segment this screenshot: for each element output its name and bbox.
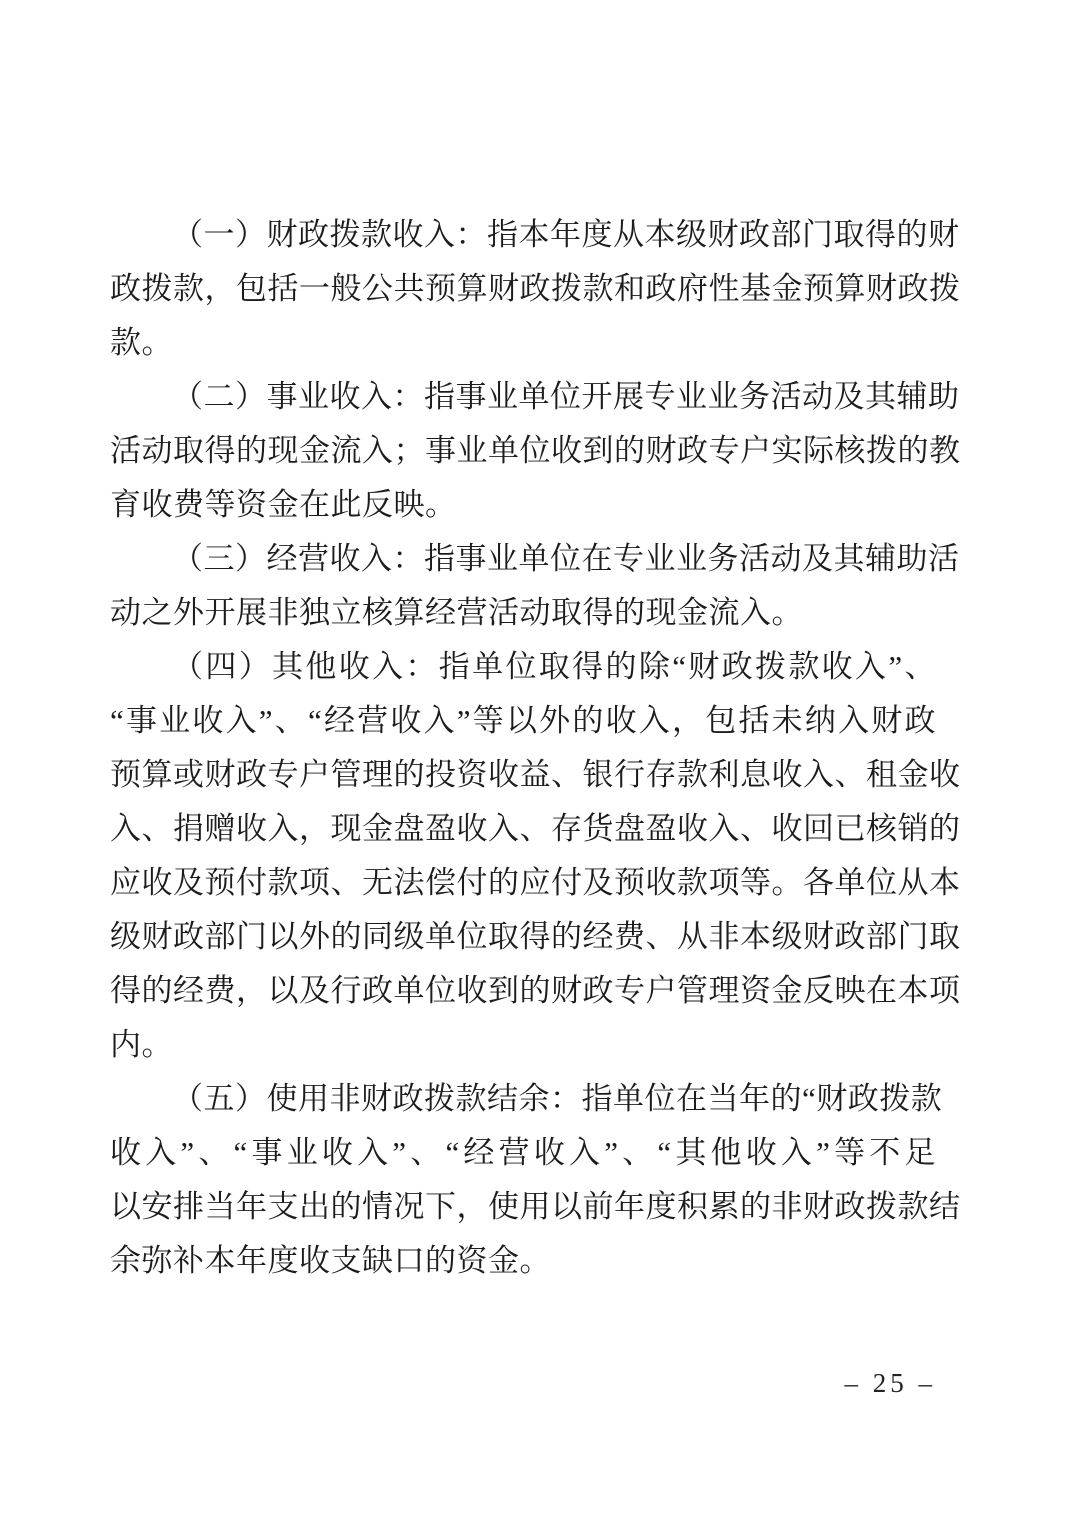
text-line: （二）事业收入：指事业单位开展专业业务活动及其辅助 xyxy=(110,370,936,424)
text-line: （五）使用非财政拨款结余：指单位在当年的“财政拨款 xyxy=(110,1072,936,1126)
document-page: （一）财政拨款收入：指本年度从本级财政部门取得的财 政拨款，包括一般公共预算财政… xyxy=(0,0,1074,1520)
text-line: “事业收入”、“经营收入”等以外的收入，包括未纳入财政 xyxy=(110,694,936,748)
text-line: （三）经营收入：指事业单位在专业业务活动及其辅助活 xyxy=(110,532,936,586)
text-line: 得的经费，以及行政单位收到的财政专户管理资金反映在本项 xyxy=(110,964,936,1018)
document-text-block: （一）财政拨款收入：指本年度从本级财政部门取得的财 政拨款，包括一般公共预算财政… xyxy=(110,208,936,1288)
paragraph-operating-income: （三）经营收入：指事业单位在专业业务活动及其辅助活 动之外开展非独立核算经营活动… xyxy=(110,532,936,640)
text-line: 级财政部门以外的同级单位取得的经费、从非本级财政部门取 xyxy=(110,910,936,964)
text-line: 动之外开展非独立核算经营活动取得的现金流入。 xyxy=(110,586,936,640)
paragraph-business-income: （二）事业收入：指事业单位开展专业业务活动及其辅助 活动取得的现金流入；事业单位… xyxy=(110,370,936,532)
text-line: 以安排当年支出的情况下，使用以前年度积累的非财政拨款结 xyxy=(110,1180,936,1234)
text-line: 款。 xyxy=(110,316,936,370)
text-line: （一）财政拨款收入：指本年度从本级财政部门取得的财 xyxy=(110,208,936,262)
text-line: 应收及预付款项、无法偿付的应付及预收款项等。各单位从本 xyxy=(110,856,936,910)
paragraph-use-of-non-fiscal-surplus: （五）使用非财政拨款结余：指单位在当年的“财政拨款 收入”、“事业收入”、“经营… xyxy=(110,1072,936,1288)
page-number: – 25 – xyxy=(845,1368,937,1399)
text-line: 内。 xyxy=(110,1018,936,1072)
paragraph-fiscal-appropriation-income: （一）财政拨款收入：指本年度从本级财政部门取得的财 政拨款，包括一般公共预算财政… xyxy=(110,208,936,370)
text-line: 余弥补本年度收支缺口的资金。 xyxy=(110,1234,936,1288)
text-line: 预算或财政专户管理的投资收益、银行存款利息收入、租金收 xyxy=(110,748,936,802)
text-line: （四）其他收入：指单位取得的除“财政拨款收入”、 xyxy=(110,640,936,694)
text-line: 入、捐赠收入，现金盘盈收入、存货盘盈收入、收回已核销的 xyxy=(110,802,936,856)
text-line: 政拨款，包括一般公共预算财政拨款和政府性基金预算财政拨 xyxy=(110,262,936,316)
text-line: 收入”、“事业收入”、“经营收入”、“其他收入”等不足 xyxy=(110,1126,936,1180)
text-line: 育收费等资金在此反映。 xyxy=(110,478,936,532)
text-line: 活动取得的现金流入；事业单位收到的财政专户实际核拨的教 xyxy=(110,424,936,478)
paragraph-other-income: （四）其他收入：指单位取得的除“财政拨款收入”、 “事业收入”、“经营收入”等以… xyxy=(110,640,936,1072)
